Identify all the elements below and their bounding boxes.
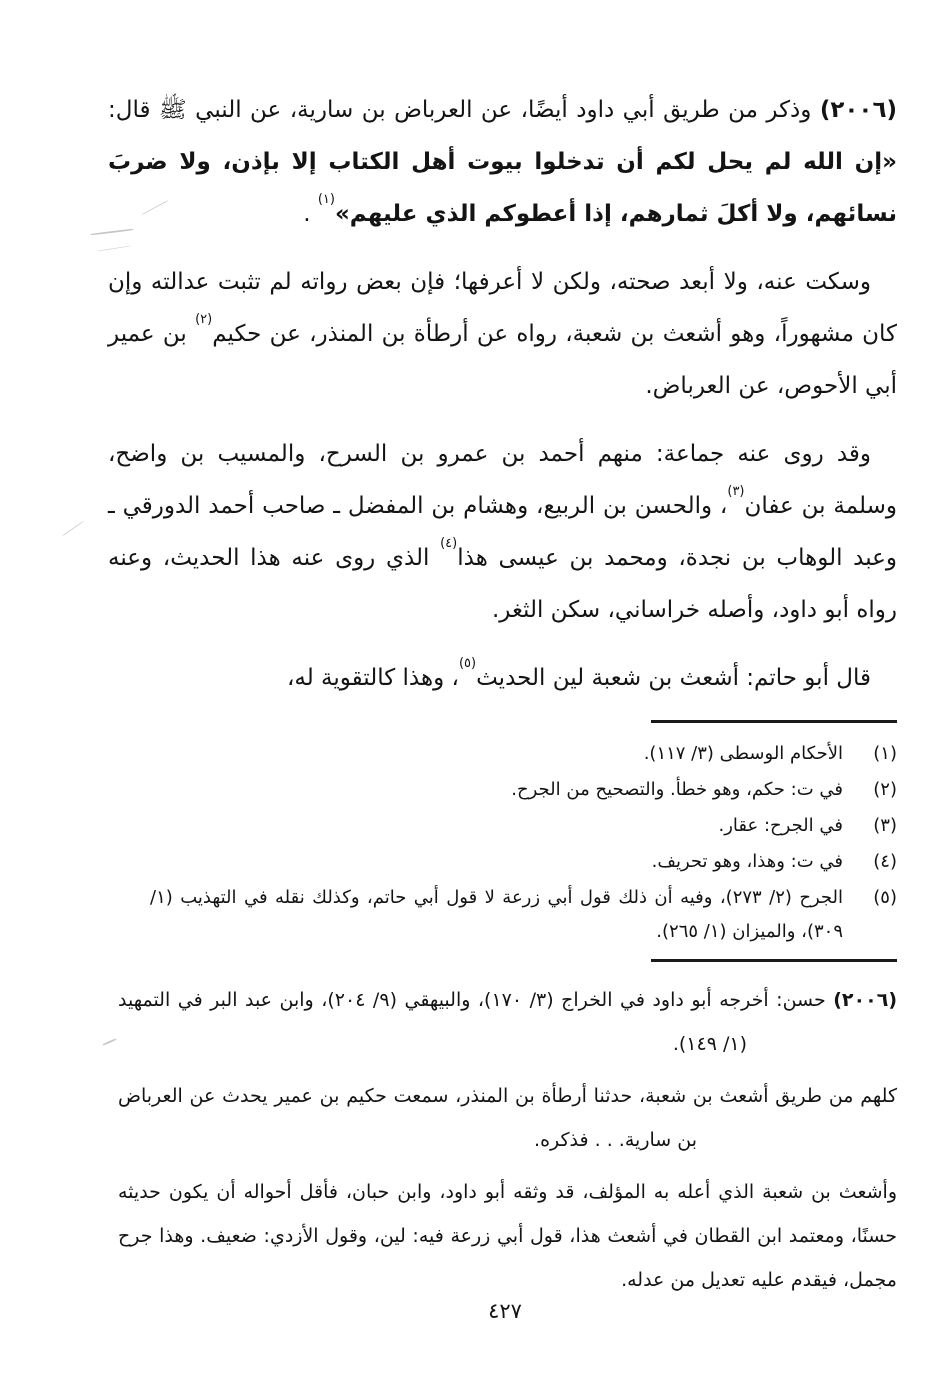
footnote-number: (١): [863, 737, 897, 771]
footnote-ref-1: (١): [318, 192, 335, 207]
footnote-text: الأحكام الوسطى (٣/ ١١٧).: [150, 737, 843, 771]
footnote-text: في ت: وهذا، وهو تحريف.: [150, 845, 843, 879]
footnote-item: (٣) في الجرح: عقار.: [150, 809, 897, 843]
grade-label: حسن:: [769, 989, 834, 1011]
takhrij-sources: أخرجه أبو داود في الخراج (٣/ ١٧٠)، والبي…: [118, 989, 769, 1055]
footnote-text: في الجرح: عقار.: [150, 809, 843, 843]
paragraph-narrators: وقد روى عنه جماعة: منهم أحمد بن عمرو بن …: [108, 428, 897, 636]
footnote-text: الجرح (٢/ ٢٧٣)، وفيه أن ذلك قول أبي زرعة…: [150, 881, 843, 949]
footnote-ref-4: (٤): [440, 536, 457, 551]
footnote-separator: [651, 720, 897, 723]
book-page: (٢٠٠٦) وذكر من طريق أبي داود أيضًا، عن ا…: [0, 0, 950, 1397]
footnote-item: (١) الأحكام الوسطى (٣/ ١١٧).: [150, 737, 897, 771]
takhrij-analysis: وأشعث بن شعبة الذي أعله به المؤلف، قد وث…: [118, 1170, 897, 1302]
takhrij-separator: [651, 959, 897, 962]
hadith-number: (٢٠٠٦): [820, 97, 897, 123]
takhrij-grading-line: (٢٠٠٦) حسن: أخرجه أبو داود في الخراج (٣/…: [118, 978, 897, 1066]
takhrij-number: (٢٠٠٦): [833, 989, 897, 1011]
isnad-text: وذكر من طريق أبي داود أيضًا، عن العرباض …: [108, 97, 820, 123]
scan-artifact: [102, 1038, 117, 1046]
paragraph-hadith-2006: (٢٠٠٦) وذكر من طريق أبي داود أيضًا، عن ا…: [108, 84, 897, 240]
hadith-quote: «إن الله لم يحل لكم أن تدخلوا بيوت أهل ا…: [108, 149, 897, 227]
main-text-block: (٢٠٠٦) وذكر من طريق أبي داود أيضًا، عن ا…: [0, 0, 950, 704]
abu-hatim-text-cont: ، وهذا كالتقوية له،: [287, 665, 459, 691]
footnote-number: (٤): [863, 845, 897, 879]
footnote-text: في ت: حكم، وهو خطأ. والتصحيح من الجرح.: [150, 773, 843, 807]
sentence-end: .: [303, 201, 318, 227]
paragraph-commentary: وسكت عنه، ولا أبعد صحته، ولكن لا أعرفها؛…: [108, 256, 897, 412]
page-number: ٤٢٧: [60, 1299, 950, 1323]
footnote-ref-3: (٣): [727, 484, 744, 499]
footnote-ref-5: (٥): [459, 656, 476, 671]
footnote-item: (٢) في ت: حكم، وهو خطأ. والتصحيح من الجر…: [150, 773, 897, 807]
footnotes-block: (١) الأحكام الوسطى (٣/ ١١٧). (٢) في ت: ح…: [150, 737, 897, 949]
footnote-number: (٣): [863, 809, 897, 843]
commentary-text: وسكت عنه، ولا أبعد صحته، ولكن لا أعرفها؛…: [108, 269, 897, 347]
footnote-ref-2: (٢): [195, 312, 212, 327]
footnote-number: (٥): [863, 881, 897, 949]
footnote-item: (٥) الجرح (٢/ ٢٧٣)، وفيه أن ذلك قول أبي …: [150, 881, 897, 949]
takhrij-block: (٢٠٠٦) حسن: أخرجه أبو داود في الخراج (٣/…: [118, 978, 897, 1302]
takhrij-chain: كلهم من طريق أشعث بن شعبة، حدثنا أرطأة ب…: [118, 1074, 897, 1162]
abu-hatim-text: قال أبو حاتم: أشعث بن شعبة لين الحديث: [476, 665, 871, 691]
footnote-item: (٤) في ت: وهذا، وهو تحريف.: [150, 845, 897, 879]
footnote-number: (٢): [863, 773, 897, 807]
paragraph-abu-hatim: قال أبو حاتم: أشعث بن شعبة لين الحديث(٥)…: [108, 652, 897, 704]
